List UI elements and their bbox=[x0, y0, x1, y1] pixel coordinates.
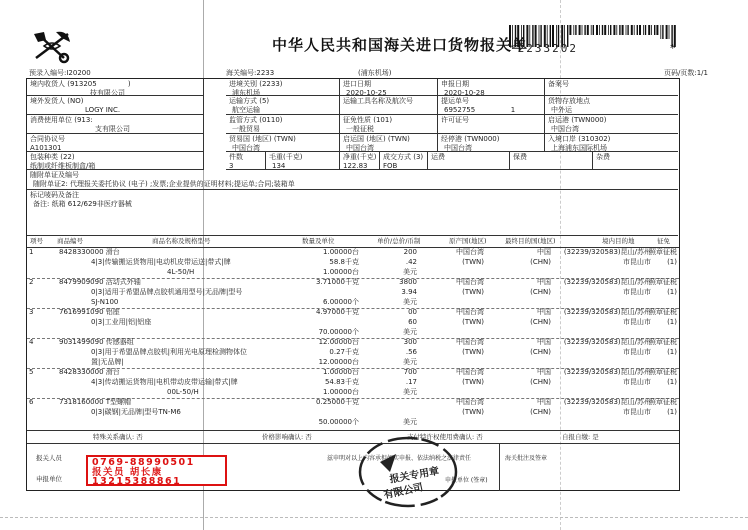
item-domestic-destination: (32239/320583)昆山/苏州 bbox=[564, 338, 651, 348]
item-code-name: 7318160000 T型螺帽 bbox=[59, 398, 131, 408]
item-quantity: 6.00000个 bbox=[323, 298, 359, 308]
pre-entry-number: 预录入编号:I20200 bbox=[29, 68, 91, 78]
trade-terms-field: 成交方式 (3)FOB bbox=[380, 152, 428, 170]
declarant-stamp: 0769-88990501 报关员 胡长康 13215388861 bbox=[86, 455, 227, 486]
item-quantity: 58.8千克 bbox=[329, 258, 359, 268]
item-domestic-destination: (32239/320583)昆山/苏州 bbox=[564, 278, 651, 288]
transit-port-field: 经停港 (TWN000)中国台湾 bbox=[438, 134, 545, 152]
transport-mode-field: 运输方式 (5)航空运输 bbox=[226, 96, 340, 115]
item-spec-model: 置|无品牌| bbox=[91, 358, 124, 368]
customs-approval-label: 海关批注及签章 bbox=[505, 453, 547, 462]
header-levy: 征免 bbox=[657, 237, 670, 247]
customs-number: 海关编号:2233 bbox=[226, 68, 274, 78]
item-destination: (CHN) bbox=[530, 378, 551, 388]
bill-number-field: 提运单号6952755 1 bbox=[438, 96, 545, 115]
item-price: 300 bbox=[404, 338, 417, 348]
item-domestic-destination: 市昆山市 bbox=[623, 348, 651, 358]
customs-emblem-icon bbox=[30, 28, 74, 64]
marks-remarks-field: 标记唛码及备注备注: 纸箱 612/629非医疗器械 bbox=[27, 190, 678, 236]
item-price: .42 bbox=[406, 258, 417, 268]
header-code: 商品编号 bbox=[57, 237, 83, 247]
item-levy: (1) bbox=[667, 288, 677, 298]
departure-port-field: 启运港 (TWN000)中国台湾 bbox=[545, 115, 678, 134]
item-spec: 0|3|用于希盟品牌点胶机|利用光电原理检测物体位 bbox=[91, 348, 247, 358]
entry-port-field: 入境口岸 (310302)上海浦东国际机场 bbox=[545, 134, 678, 152]
goods-row: 49031499090 传感器组0|3|用于希盟品牌点胶机|利用光电原理检测物体… bbox=[27, 338, 679, 369]
consumer-field: 消费使用单位 (913:支有限公司 bbox=[27, 115, 204, 134]
item-origin: 中国台湾 bbox=[456, 368, 484, 378]
company-seal-icon: 报关专用章 有限公司 bbox=[350, 432, 460, 510]
item-price: 700 bbox=[404, 368, 417, 378]
item-price: 3800 bbox=[399, 278, 417, 288]
item-quantity: 1.00000台 bbox=[323, 248, 359, 258]
item-domestic-destination: 市昆山市 bbox=[623, 318, 651, 328]
scan-fold-line bbox=[0, 517, 748, 519]
item-levy: 照章征税 bbox=[649, 398, 677, 408]
item-levy: (1) bbox=[667, 318, 677, 328]
declaration-form: 境内收货人 (913205 )技有限公司 进境关别 (2233)浦东机场 进口日… bbox=[26, 78, 680, 491]
item-levy: (1) bbox=[667, 258, 677, 268]
item-origin: (TWN) bbox=[462, 258, 484, 268]
item-quantity: 4.97000千克 bbox=[316, 308, 359, 318]
declare-unit-label: 申报单位 bbox=[36, 474, 62, 483]
item-price: .17 bbox=[406, 378, 417, 388]
goods-row: 37616991090 铝座0|3|工业用|铝|铝座4.97000千克70.00… bbox=[27, 308, 679, 339]
header-price: 单价/总价/币制 bbox=[377, 237, 420, 247]
item-destination: 中国 bbox=[537, 278, 551, 288]
item-destination: (CHN) bbox=[530, 288, 551, 298]
item-price: 200 bbox=[404, 248, 417, 258]
item-quantity: 12.00000台 bbox=[319, 338, 359, 348]
item-levy: 照章征税 bbox=[649, 308, 677, 318]
item-domestic-destination: 市昆山市 bbox=[623, 288, 651, 298]
item-quantity: 0.25000千克 bbox=[316, 398, 359, 408]
customs-port-note: (浦东机场) bbox=[358, 68, 391, 78]
vessel-field: 运输工具名称及航次号 bbox=[340, 96, 438, 115]
goods-row: 28479909090 活动式外轴0|3|适用于希盟品牌点胶机通用型号|无品牌|… bbox=[27, 278, 679, 309]
item-price: 美元 bbox=[403, 358, 417, 368]
item-code-name: 9031499090 传感器组 bbox=[59, 338, 134, 348]
license-number-field: 许可证号 bbox=[438, 115, 545, 134]
barcode-number: *2233202 bbox=[509, 42, 578, 55]
item-price: 00 bbox=[408, 308, 417, 318]
trade-country-field: 贸易国 (地区) (TWN)中国台湾 bbox=[226, 134, 340, 152]
package-type-field: 包装种类 (22)纸制或纤维板制盒/箱 bbox=[27, 152, 204, 170]
item-levy: 照章征税 bbox=[649, 338, 677, 348]
item-levy: (1) bbox=[667, 378, 677, 388]
item-price: 美元 bbox=[403, 298, 417, 308]
item-quantity: 12.00000台 bbox=[319, 358, 359, 368]
item-code-name: 8479909090 活动式外轴 bbox=[59, 278, 141, 288]
price-influence-confirm: 价格影响确认: 否 bbox=[262, 433, 312, 443]
goods-row: 58428330000 滑台4|3|传动搬运货物用|电机带动皮带运输|带式|牌0… bbox=[27, 368, 679, 399]
item-domestic-destination: 市昆山市 bbox=[623, 378, 651, 388]
header-name-spec: 商品名称及规格型号 bbox=[152, 237, 211, 247]
item-code-name: 8428330000 滑台 bbox=[59, 248, 120, 258]
header-item-no: 项号 bbox=[30, 237, 43, 247]
item-domestic-destination: (32239/320583)昆山/苏州 bbox=[564, 398, 651, 408]
item-spec: 4|3|传动搬运货物用|电机带动皮带运输|带式|牌 bbox=[91, 378, 238, 388]
attached-documents-field: 随附单证及编号随附单证2: 代理报关委托协议 (电子) ;发票;企业提供的证明材… bbox=[27, 170, 678, 190]
item-number: 6 bbox=[29, 398, 33, 408]
item-quantity: 0.27千克 bbox=[329, 348, 359, 358]
item-domestic-destination: (32239/320583)昆山/苏州 bbox=[564, 248, 651, 258]
levy-nature-field: 征免性质 (101)一般征税 bbox=[340, 115, 438, 134]
freight-field: 运费 bbox=[428, 152, 510, 170]
supervision-mode-field: 监管方式 (0110)一般贸易 bbox=[226, 115, 340, 134]
item-spec-model: 00L-50/H bbox=[167, 388, 199, 398]
item-spec-model: SJ-N100 bbox=[91, 298, 118, 308]
item-origin: 中国台湾 bbox=[456, 248, 484, 258]
self-report-confirm: 自报自缴: 是 bbox=[562, 433, 599, 443]
item-levy: 照章征税 bbox=[649, 248, 677, 258]
item-origin: 中国台湾 bbox=[456, 338, 484, 348]
item-spec-model: 4L-50/H bbox=[167, 268, 194, 278]
item-spec: 0|3|碳钢|无品牌|型号TN-M6 bbox=[91, 408, 181, 418]
svg-text:报关专用章: 报关专用章 bbox=[388, 464, 439, 485]
item-price: 美元 bbox=[403, 328, 417, 338]
storage-place-field: 货物存放地点中外运 bbox=[545, 96, 678, 115]
svg-text:有限公司: 有限公司 bbox=[382, 480, 424, 501]
entry-customs-field: 进境关别 (2233)浦东机场 bbox=[226, 79, 340, 96]
item-origin: (TWN) bbox=[462, 288, 484, 298]
item-price: 3.94 bbox=[401, 288, 417, 298]
item-price: 美元 bbox=[403, 388, 417, 398]
item-quantity: 3.71000千克 bbox=[316, 278, 359, 288]
item-code-name: 7616991090 铝座 bbox=[59, 308, 120, 318]
declarant-label: 报关人员 bbox=[36, 453, 62, 462]
item-origin: (TWN) bbox=[462, 318, 484, 328]
goods-row: 18428330000 滑台4|3|传输搬运货物用|电动机皮带运送|带式|牌4L… bbox=[27, 248, 679, 279]
page-count: 页码/页数:1/1 bbox=[664, 68, 708, 78]
item-levy: 照章征税 bbox=[649, 368, 677, 378]
item-quantity: 50.00000个 bbox=[319, 418, 359, 428]
gross-weight-field: 毛重(千克)134 bbox=[266, 152, 340, 170]
item-destination: 中国 bbox=[537, 308, 551, 318]
item-domestic-destination: (32239/320583)昆山/苏州 bbox=[564, 308, 651, 318]
stamp-mobile: 13215388861 bbox=[92, 477, 221, 487]
item-domestic-destination: (32239/320583)昆山/苏州 bbox=[564, 368, 651, 378]
item-destination: (CHN) bbox=[530, 318, 551, 328]
origin-country-field: 启运国 (地区) (TWN)中国台湾 bbox=[340, 134, 438, 152]
item-quantity: 1.00000台 bbox=[323, 388, 359, 398]
item-quantity: 1.00000台 bbox=[323, 268, 359, 278]
item-origin: 中国台湾 bbox=[456, 278, 484, 288]
consignor-field: 境外发货人 (NO)LOGY INC. bbox=[27, 96, 204, 115]
item-price: 60 bbox=[408, 318, 417, 328]
item-domestic-destination: 市昆山市 bbox=[623, 258, 651, 268]
item-destination: (CHN) bbox=[530, 348, 551, 358]
item-destination: (CHN) bbox=[530, 258, 551, 268]
header-quantity: 数量及单位 bbox=[302, 237, 335, 247]
barcode-end: * bbox=[670, 42, 676, 55]
item-price: .56 bbox=[406, 348, 417, 358]
item-destination: 中国 bbox=[537, 338, 551, 348]
record-number-field: 备案号 bbox=[545, 79, 678, 96]
item-destination: 中国 bbox=[537, 368, 551, 378]
item-levy: 照章征税 bbox=[649, 278, 677, 288]
goods-row: 67318160000 T型螺帽0|3|碳钢|无品牌|型号TN-M60.2500… bbox=[27, 398, 679, 428]
item-number: 3 bbox=[29, 308, 33, 318]
item-levy: (1) bbox=[667, 408, 677, 418]
item-destination: 中国 bbox=[537, 248, 551, 258]
item-code-name: 8428330000 滑台 bbox=[59, 368, 120, 378]
consignee-field: 境内收货人 (913205 )技有限公司 bbox=[27, 79, 204, 96]
declare-date-field: 申报日期2020-10-28 bbox=[438, 79, 545, 96]
item-number: 2 bbox=[29, 278, 33, 288]
header-domestic-dest: 境内目的地 bbox=[602, 237, 635, 247]
item-quantity: 1.00000台 bbox=[323, 368, 359, 378]
item-origin: 中国台湾 bbox=[456, 398, 484, 408]
item-destination: 中国 bbox=[537, 398, 551, 408]
header-origin: 原产国(地区) bbox=[449, 237, 487, 247]
header-destination: 最终目的国(地区) bbox=[505, 237, 556, 247]
item-spec: 0|3|适用于希盟品牌点胶机通用型号|无品牌|型号 bbox=[91, 288, 242, 298]
item-levy: (1) bbox=[667, 348, 677, 358]
contract-number-field: 合同协议号A101301 bbox=[27, 134, 204, 152]
item-spec: 4|3|传输搬运货物用|电动机皮带运送|带式|牌 bbox=[91, 258, 231, 268]
item-quantity: 70.00000个 bbox=[319, 328, 359, 338]
goods-table-header: 项号 商品编号 商品名称及规格型号 数量及单位 单价/总价/币制 原产国(地区)… bbox=[27, 237, 679, 248]
item-origin: (TWN) bbox=[462, 408, 484, 418]
special-relation-confirm: 特殊关系确认: 否 bbox=[93, 433, 143, 443]
item-quantity: 54.83千克 bbox=[325, 378, 359, 388]
item-price: 美元 bbox=[403, 268, 417, 278]
item-destination: (CHN) bbox=[530, 408, 551, 418]
pieces-field: 件数3 bbox=[226, 152, 266, 170]
item-origin: 中国台湾 bbox=[456, 308, 484, 318]
item-price: 美元 bbox=[403, 418, 417, 428]
item-number: 1 bbox=[29, 248, 33, 258]
net-weight-field: 净重(千克)122.83 bbox=[340, 152, 380, 170]
insurance-field: 保费 bbox=[510, 152, 593, 170]
import-date-field: 进口日期2020-10-25 bbox=[340, 79, 438, 96]
item-number: 5 bbox=[29, 368, 33, 378]
item-origin: (TWN) bbox=[462, 378, 484, 388]
item-origin: (TWN) bbox=[462, 348, 484, 358]
misc-fee-field: 杂费 bbox=[593, 152, 678, 170]
document-title: 中华人民共和国海关进口货物报关单 bbox=[272, 34, 528, 55]
item-number: 4 bbox=[29, 338, 33, 348]
item-spec: 0|3|工业用|铝|铝座 bbox=[91, 318, 151, 328]
item-domestic-destination: 市昆山市 bbox=[623, 408, 651, 418]
